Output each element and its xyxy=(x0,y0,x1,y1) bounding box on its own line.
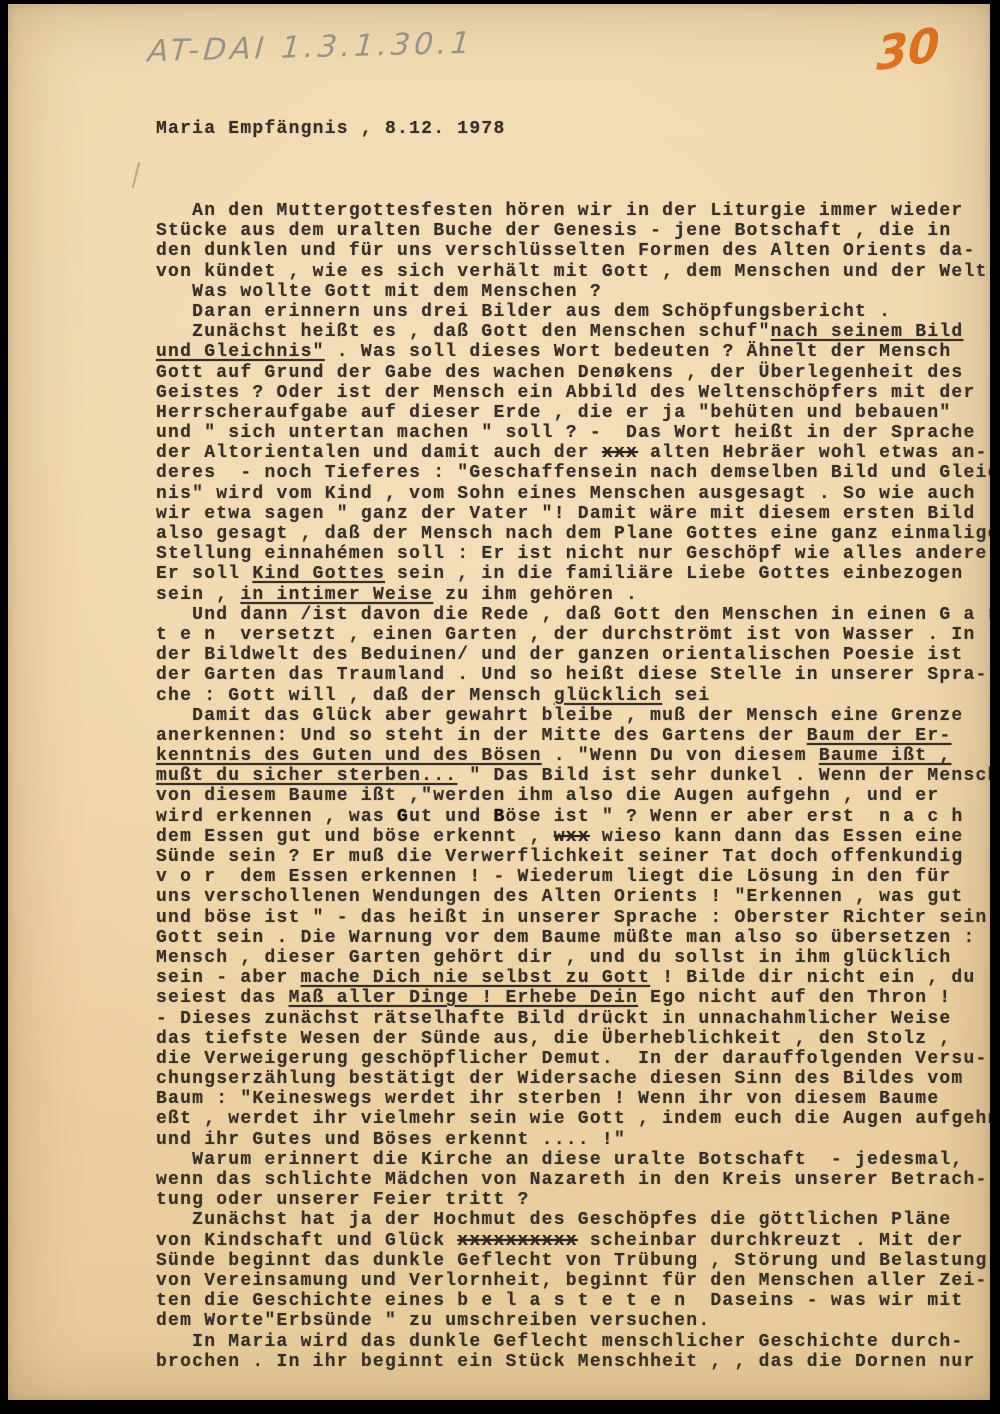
text-segment: also gesagt , daß der Mensch nach dem Pl… xyxy=(156,524,990,544)
text-segment: der Bildwelt des Beduinen/ und der ganze… xyxy=(156,645,963,665)
underlined-text: mache Dich nie selbst zu Gott xyxy=(301,968,651,988)
text-line: Geistes ? Oder ist der Mensch ein Abbild… xyxy=(156,383,990,403)
text-segment: von Vereinsamung und Verlornheit, beginn… xyxy=(156,1271,988,1291)
text-segment: . Was soll dieses Wort bedeuten ? Ähnelt… xyxy=(325,342,952,362)
text-segment: Warum erinnert die Kirche an diese uralt… xyxy=(156,1150,963,1170)
text-line: von diesem Baume ißt ,"werden ihm also d… xyxy=(156,786,990,806)
underlined-text: Maß aller Dinge ! Erhebe Dein xyxy=(289,988,639,1008)
text-line: t e n versetzt , einen Garten , der durc… xyxy=(156,625,990,645)
text-line: von Vereinsamung und Verlornheit, beginn… xyxy=(156,1271,990,1291)
scanned-document: { "header": { "archive_code": "AT-DAI 1.… xyxy=(0,0,1000,1414)
text-line: wir etwa sagen " ganz der Vater "! Damit… xyxy=(156,504,990,524)
text-segment: alten Hebräer wohl etwas an- xyxy=(638,443,988,463)
text-segment: - Dieses zunächst rätselhafte Bild drück… xyxy=(156,1009,951,1029)
text-segment: Sünde sein ? Er muß die Verwerflichkeit … xyxy=(156,847,963,867)
text-segment: deres - noch Tieferes : "Geschaffensein … xyxy=(156,463,990,483)
text-line: deres - noch Tieferes : "Geschaffensein … xyxy=(156,463,990,483)
text-line: also gesagt , daß der Mensch nach dem Pl… xyxy=(156,524,990,544)
text-segment: G xyxy=(397,807,409,827)
text-line: Was wollte Gott mit dem Menschen ? xyxy=(156,282,990,302)
text-segment: die Verweigerung geschöpflicher Demut. I… xyxy=(156,1049,988,1069)
text-line: Baum : "Keineswegs werdet ihr sterben ! … xyxy=(156,1089,990,1109)
text-segment: von Kindschaft und Glück xyxy=(156,1231,457,1251)
text-segment: dem Worte"Erbsünde " zu umschreiben vers… xyxy=(156,1311,710,1331)
text-segment: che : Gott will , daß der Mensch xyxy=(156,686,554,706)
text-segment: zu ihm gehören . xyxy=(433,585,638,605)
text-segment: Geistes ? Oder ist der Mensch ein Abbild… xyxy=(156,383,976,403)
text-segment: und ihr Gutes und Böses erkennt .... !" xyxy=(156,1130,626,1150)
text-line: Sünde beginnt das dunkle Geflecht von Tr… xyxy=(156,1251,990,1271)
paper-page: AT-DAI 1.3.1.30.1 30 Maria Empfängnis , … xyxy=(8,4,990,1400)
text-segment: Zunächst heißt es , daß Gott den Mensche… xyxy=(156,322,771,342)
struck-text: wxx xyxy=(554,827,590,847)
text-segment: der Garten das Traumland . Und so heißt … xyxy=(156,665,988,685)
text-segment: öse ist " ? Wenn er aber erst n a c h xyxy=(506,807,964,827)
text-line: eßt , werdet ihr vielmehr sein wie Gott … xyxy=(156,1109,990,1129)
text-segment: von kündet , wie es sich verhält mit Got… xyxy=(156,262,990,282)
text-line: Zunächst hat ja der Hochmut des Geschöpf… xyxy=(156,1210,990,1230)
text-line: Gott sein . Die Warnung vor dem Baume mü… xyxy=(156,928,990,948)
text-line: Mensch , dieser Garten gehört dir , und … xyxy=(156,948,990,968)
text-line: dem Essen gut und böse erkennt , wxx wie… xyxy=(156,827,990,847)
text-line: seiest das Maß aller Dinge ! Erhebe Dein… xyxy=(156,988,990,1008)
text-segment: uns verschollenen Wendungen des Alten Or… xyxy=(156,887,963,907)
text-segment: sein , xyxy=(156,585,240,605)
text-line: das tiefste Wesen der Sünde aus, die Übe… xyxy=(156,1029,990,1049)
text-line: - Dieses zunächst rätselhafte Bild drück… xyxy=(156,1009,990,1029)
text-line: wird erkennen , was Gut und Böse ist " ?… xyxy=(156,807,990,827)
text-segment: nis" wird vom Kind , vom Sohn eines Mens… xyxy=(156,484,976,504)
text-line: der Garten das Traumland . Und so heißt … xyxy=(156,665,990,685)
text-line: mußt du sicher sterben... " Das Bild ist… xyxy=(156,766,990,786)
text-segment: sein - aber xyxy=(156,968,301,988)
text-segment: anerkennen: Und so steht in der Mitte de… xyxy=(156,726,807,746)
text-segment: An den Muttergottesfesten hören wir in d… xyxy=(156,201,963,221)
text-line: und böse ist " - das heißt in unserer Sp… xyxy=(156,908,990,928)
text-line: und " sich untertan machen " soll ? - Da… xyxy=(156,423,990,443)
text-line: die Verweigerung geschöpflicher Demut. I… xyxy=(156,1049,990,1069)
text-segment: In Maria wird das dunkle Geflecht mensch… xyxy=(156,1332,963,1352)
text-segment: . "Wenn Du von diesem xyxy=(542,746,819,766)
text-segment: und böse ist " - das heißt in unserer Sp… xyxy=(156,908,990,928)
text-segment: ut und xyxy=(409,807,493,827)
text-segment: brochen . In ihr beginnt ein Stück Mensc… xyxy=(156,1352,976,1372)
underlined-text: Baum der Er- xyxy=(807,726,952,746)
text-segment: seiest das xyxy=(156,988,289,1008)
text-line: In Maria wird das dunkle Geflecht mensch… xyxy=(156,1332,990,1352)
text-segment: sei xyxy=(662,686,710,706)
text-segment: das tiefste Wesen der Sünde aus, die Übe… xyxy=(156,1029,951,1049)
text-line: An den Muttergottesfesten hören wir in d… xyxy=(156,201,990,221)
text-segment: Stücke aus dem uralten Buche der Genesis… xyxy=(156,221,951,241)
text-line: kenntnis des Guten und des Bösen . "Wenn… xyxy=(156,746,990,766)
text-segment: tung oder unserer Feier tritt ? xyxy=(156,1190,530,1210)
text-line: anerkennen: Und so steht in der Mitte de… xyxy=(156,726,990,746)
text-segment: Er soll xyxy=(156,564,252,584)
text-segment: wird erkennen , was xyxy=(156,807,397,827)
text-segment: Gott sein . Die Warnung vor dem Baume mü… xyxy=(156,928,976,948)
text-segment: der Altorientalen und damit auch der xyxy=(156,443,602,463)
text-line: Gott auf Grund der Gabe des wachen Denøk… xyxy=(156,363,990,383)
text-segment: Stellung einnahémen soll : Er ist nicht … xyxy=(156,544,990,564)
text-segment: Mensch , dieser Garten gehört dir , und … xyxy=(156,948,951,968)
text-line: der Bildwelt des Beduinen/ und der ganze… xyxy=(156,645,990,665)
text-segment: wir etwa sagen " ganz der Vater "! Damit… xyxy=(156,504,976,524)
text-line: che : Gott will , daß der Mensch glückli… xyxy=(156,686,990,706)
text-line: chungserzählung bestätigt der Widersache… xyxy=(156,1069,990,1089)
text-line: Warum erinnert die Kirche an diese uralt… xyxy=(156,1150,990,1170)
text-segment: Gott auf Grund der Gabe des wachen Denøk… xyxy=(156,363,963,383)
underlined-text: glücklich xyxy=(554,686,662,706)
text-line: v o r dem Essen erkennen ! - Wiederum li… xyxy=(156,867,990,887)
text-line: sein - aber mache Dich nie selbst zu Got… xyxy=(156,968,990,988)
text-segment: Herrscheraufgabe auf dieser Erde , die e… xyxy=(156,403,951,423)
text-line: Sünde sein ? Er muß die Verwerflichkeit … xyxy=(156,847,990,867)
text-segment: Was wollte Gott mit dem Menschen ? xyxy=(156,282,602,302)
underlined-text: Baume ißt , xyxy=(819,746,952,766)
text-segment: wenn das schlichte Mädchen von Nazareth … xyxy=(156,1170,988,1190)
text-line: und ihr Gutes und Böses erkennt .... !" xyxy=(156,1130,990,1150)
text-segment: Zunächst hat ja der Hochmut des Geschöpf… xyxy=(156,1210,951,1230)
underlined-text: in intimer Weise xyxy=(240,585,433,605)
text-line: ten die Geschichte eines b e l a s t e t… xyxy=(156,1291,990,1311)
text-segment: ! Bilde dir nicht ein , du xyxy=(650,968,975,988)
text-line: von Kindschaft und Glück xxxxxxxxxx sche… xyxy=(156,1231,990,1251)
handwritten-archive-code: AT-DAI 1.3.1.30.1 xyxy=(147,26,476,70)
pencil-slash-mark xyxy=(132,162,140,188)
text-segment: Ego nicht auf den Thron ! xyxy=(638,988,951,1008)
text-line: nis" wird vom Kind , vom Sohn eines Mens… xyxy=(156,484,990,504)
handwritten-page-number: 30 xyxy=(876,17,940,82)
text-segment: von diesem Baume ißt ,"werden ihm also d… xyxy=(156,786,939,806)
text-segment: " Das Bild ist sehr dunkel . Wenn der Me… xyxy=(457,766,990,786)
underlined-text: mußt du sicher sterben... xyxy=(156,766,457,786)
text-segment: Und dann /ist davon die Rede , daß Gott … xyxy=(156,605,990,625)
text-segment: Sünde beginnt das dunkle Geflecht von Tr… xyxy=(156,1251,990,1271)
underlined-text: nach seinem Bild xyxy=(771,322,964,342)
text-line: von kündet , wie es sich verhält mit Got… xyxy=(156,262,990,282)
document-title: Maria Empfängnis , 8.12. 1978 xyxy=(156,118,506,140)
struck-text: xxx xyxy=(602,443,638,463)
text-line: Damit das Glück aber gewahrt bleibe , mu… xyxy=(156,706,990,726)
text-line: wenn das schlichte Mädchen von Nazareth … xyxy=(156,1170,990,1190)
underlined-text: und Gleichnis" xyxy=(156,342,325,362)
text-segment: den dunklen und für uns verschlüsselten … xyxy=(156,241,976,261)
text-line: Er soll Kind Gottes sein , in die famili… xyxy=(156,564,990,584)
text-line: Stücke aus dem uralten Buche der Genesis… xyxy=(156,221,990,241)
text-segment: t e n versetzt , einen Garten , der durc… xyxy=(156,625,976,645)
text-segment: eßt , werdet ihr vielmehr sein wie Gott … xyxy=(156,1109,990,1129)
text-segment: chungserzählung bestätigt der Widersache… xyxy=(156,1069,963,1089)
text-line: und Gleichnis" . Was soll dieses Wort be… xyxy=(156,342,990,362)
text-line: Herrscheraufgabe auf dieser Erde , die e… xyxy=(156,403,990,423)
text-segment: B xyxy=(493,807,505,827)
text-segment: Daran erinnern uns drei Bilder aus dem S… xyxy=(156,302,891,322)
text-segment: sein , in die familiäre Liebe Gottes ein… xyxy=(385,564,963,584)
text-segment: ten die Geschichte eines b e l a s t e t… xyxy=(156,1291,963,1311)
text-segment: Baum : "Keineswegs werdet ihr sterben ! … xyxy=(156,1089,939,1109)
text-line: der Altorientalen und damit auch der xxx… xyxy=(156,443,990,463)
text-line: tung oder unserer Feier tritt ? xyxy=(156,1190,990,1210)
text-line: brochen . In ihr beginnt ein Stück Mensc… xyxy=(156,1352,990,1372)
text-segment: und " sich untertan machen " soll ? - Da… xyxy=(156,423,976,443)
document-body: An den Muttergottesfesten hören wir in d… xyxy=(156,201,990,1372)
text-segment: v o r dem Essen erkennen ! - Wiederum li… xyxy=(156,867,951,887)
text-line: Daran erinnern uns drei Bilder aus dem S… xyxy=(156,302,990,322)
text-line: Stellung einnahémen soll : Er ist nicht … xyxy=(156,544,990,564)
text-segment: dem Essen gut und böse erkennt , xyxy=(156,827,554,847)
text-segment: wieso kann dann das Essen eine xyxy=(590,827,964,847)
underlined-text: kenntnis des Guten und des Bösen xyxy=(156,746,542,766)
text-line: Und dann /ist davon die Rede , daß Gott … xyxy=(156,605,990,625)
text-line: sein , in intimer Weise zu ihm gehören . xyxy=(156,585,990,605)
text-line: den dunklen und für uns verschlüsselten … xyxy=(156,241,990,261)
text-line: Zunächst heißt es , daß Gott den Mensche… xyxy=(156,322,990,342)
text-line: uns verschollenen Wendungen des Alten Or… xyxy=(156,887,990,907)
struck-text: xxxxxxxxxx xyxy=(457,1231,578,1251)
text-segment: Damit das Glück aber gewahrt bleibe , mu… xyxy=(156,706,963,726)
text-line: dem Worte"Erbsünde " zu umschreiben vers… xyxy=(156,1311,990,1331)
underlined-text: Kind Gottes xyxy=(252,564,385,584)
text-segment: scheinbar durchkreuzt . Mit der xyxy=(578,1231,964,1251)
